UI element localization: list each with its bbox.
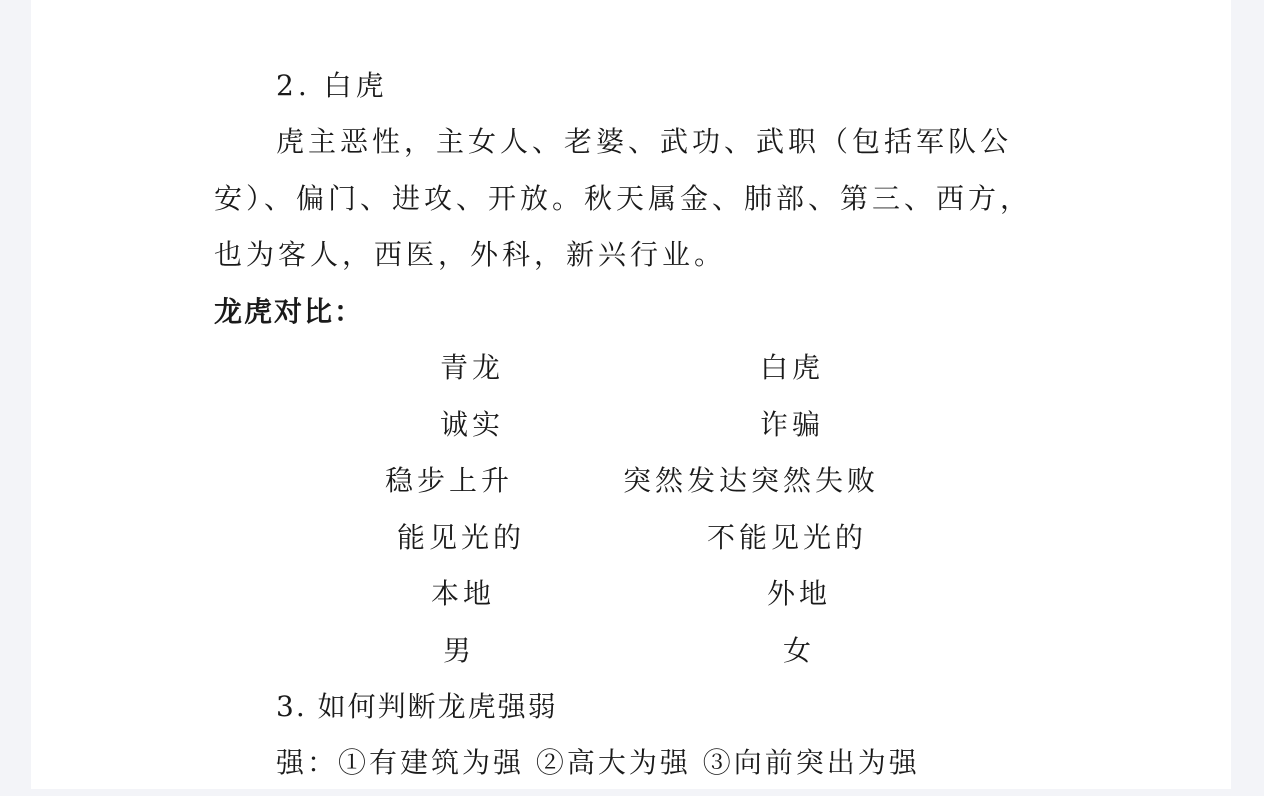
paragraph-line: 也为客人，西医，外科，新兴行业。 (214, 235, 726, 275)
table-cell: 本地 (431, 574, 495, 614)
section-heading: 3. 如何判断龙虎强弱 (276, 687, 558, 727)
table-cell: 诚实 (440, 405, 504, 445)
paragraph-line: 强：①有建筑为强 ②高大为强 ③向前突出为强 (276, 743, 920, 783)
paragraph-line: 安）、偏门、进攻、开放。秋天属金、肺部、第三、西方， (214, 179, 1032, 219)
table-cell: 不能见光的 (707, 518, 867, 558)
table-cell: 男 (443, 631, 475, 671)
table-cell: 女 (783, 631, 815, 671)
document-page: 2. 白虎 虎主恶性，主女人、老婆、武功、武职（包括军队公 安）、偏门、进攻、开… (31, 0, 1231, 789)
table-cell: 能见光的 (397, 518, 525, 558)
section-heading: 2. 白虎 (276, 66, 388, 106)
comparison-heading: 龙虎对比： (214, 292, 364, 332)
table-header-left: 青龙 (440, 348, 504, 388)
table-cell: 稳步上升 (385, 461, 513, 501)
table-cell: 外地 (767, 574, 831, 614)
table-cell: 诈骗 (760, 405, 824, 445)
paragraph-line: 虎主恶性，主女人、老婆、武功、武职（包括军队公 (276, 122, 1012, 162)
table-header-right: 白虎 (760, 348, 824, 388)
table-cell: 突然发达突然失败 (623, 461, 879, 501)
